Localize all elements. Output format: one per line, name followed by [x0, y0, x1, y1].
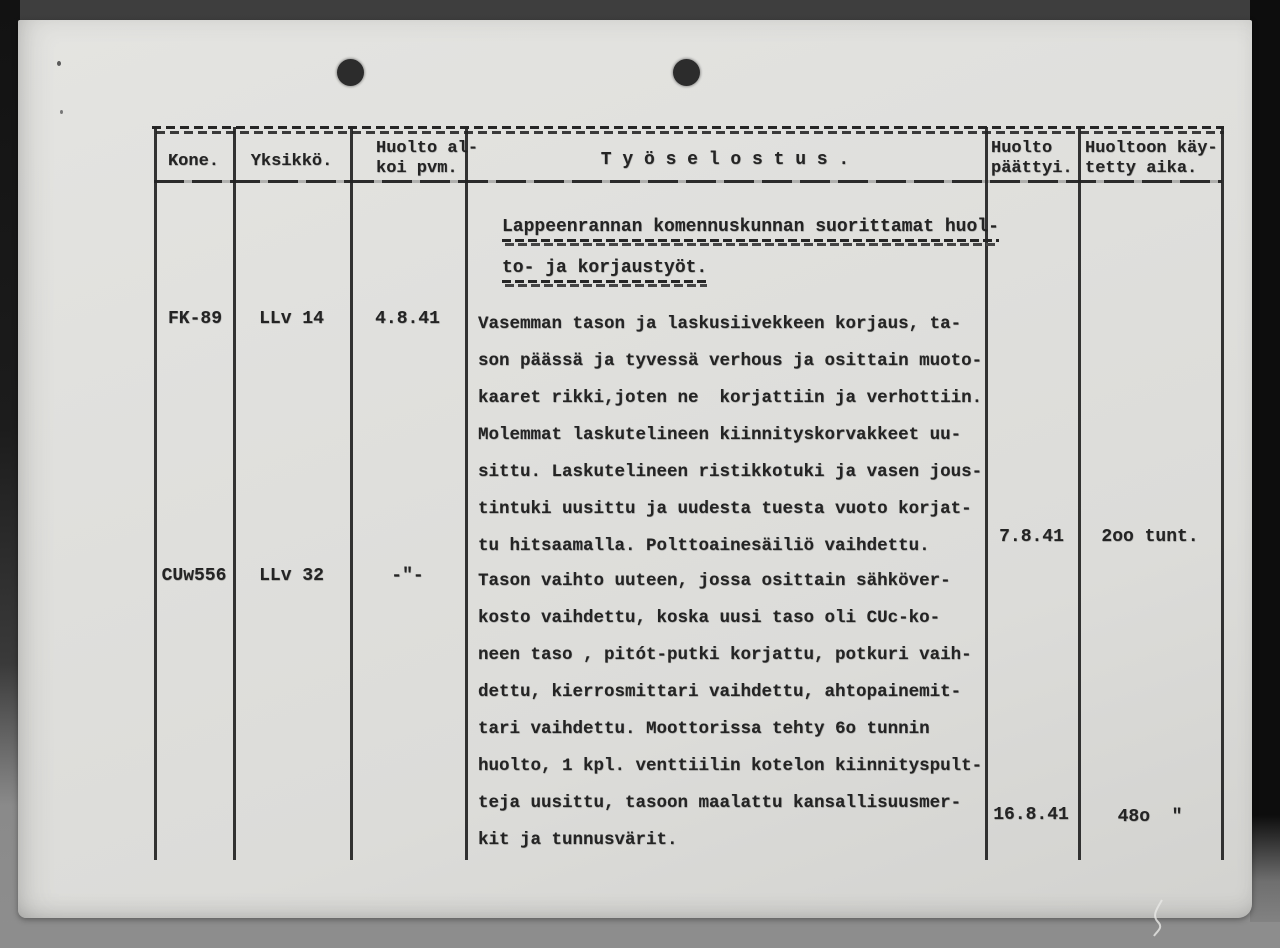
table-column-divider: [350, 127, 353, 860]
paper-edge-thread: [1148, 898, 1178, 938]
entry-2-kaytetty-aika: 48o ": [1078, 806, 1222, 828]
punch-hole-right: [673, 59, 700, 86]
entry-2-kone: CUw556: [148, 565, 240, 587]
table-header-underline: [154, 180, 1222, 183]
table-border-top: [152, 126, 1224, 134]
punch-hole-left: [337, 59, 364, 86]
column-header-kone: Kone.: [154, 152, 233, 172]
entry-1-huolto-alkoi: 4.8.41: [350, 308, 465, 330]
paper-speck: [60, 110, 63, 114]
column-header-yksikko: Yksikkö.: [233, 152, 350, 172]
table-column-divider: [233, 127, 236, 860]
table-left-border: [154, 127, 157, 860]
entry-1-yksikko: LLv 14: [233, 308, 350, 330]
table-right-border: [1221, 127, 1224, 860]
section-title-text: to- ja korjaustyöt.: [502, 258, 707, 287]
entry-2-huolto-alkoi: -"-: [350, 565, 465, 587]
section-title-text: Lappeenrannan komennuskunnan suorittamat…: [502, 217, 999, 246]
table-column-divider: [1078, 127, 1081, 860]
entry-1-tyoselostus: Vasemman tason ja laskusiivekkeen korjau…: [478, 306, 993, 565]
document-page: Kone. Yksikkö. Huolto al- koi pvm. T y ö…: [18, 20, 1252, 918]
entry-2-tyoselostus: Tason vaihto uuteen, jossa osittain sähk…: [478, 563, 993, 859]
background-left-shadow: [0, 0, 20, 948]
entry-1-huolto-paattyi: 7.8.41: [985, 526, 1078, 548]
column-header-tyoselostus: T y ö s e l o s t u s .: [465, 150, 985, 170]
entry-2-huolto-paattyi: 16.8.41: [981, 804, 1081, 826]
entry-2-yksikko: LLv 32: [233, 565, 350, 587]
background-bottom: [0, 922, 1280, 948]
background-right-shadow: [1250, 0, 1280, 948]
column-header-huolto-paattyi: Huolto päättyi.: [991, 139, 1086, 179]
entry-1-kone: FK-89: [154, 308, 236, 330]
table-column-divider: [465, 127, 468, 860]
entry-1-kaytetty-aika: 2oo tunt.: [1078, 526, 1222, 548]
paper-speck: [57, 61, 61, 66]
column-header-kaytetty-aika: Huoltoon käy- tetty aika.: [1085, 139, 1230, 179]
scanned-document-photo: Kone. Yksikkö. Huolto al- koi pvm. T y ö…: [0, 0, 1280, 948]
section-title-line-1: Lappeenrannan komennuskunnan suorittamat…: [502, 216, 999, 246]
section-title-line-2: to- ja korjaustyöt.: [502, 257, 707, 287]
